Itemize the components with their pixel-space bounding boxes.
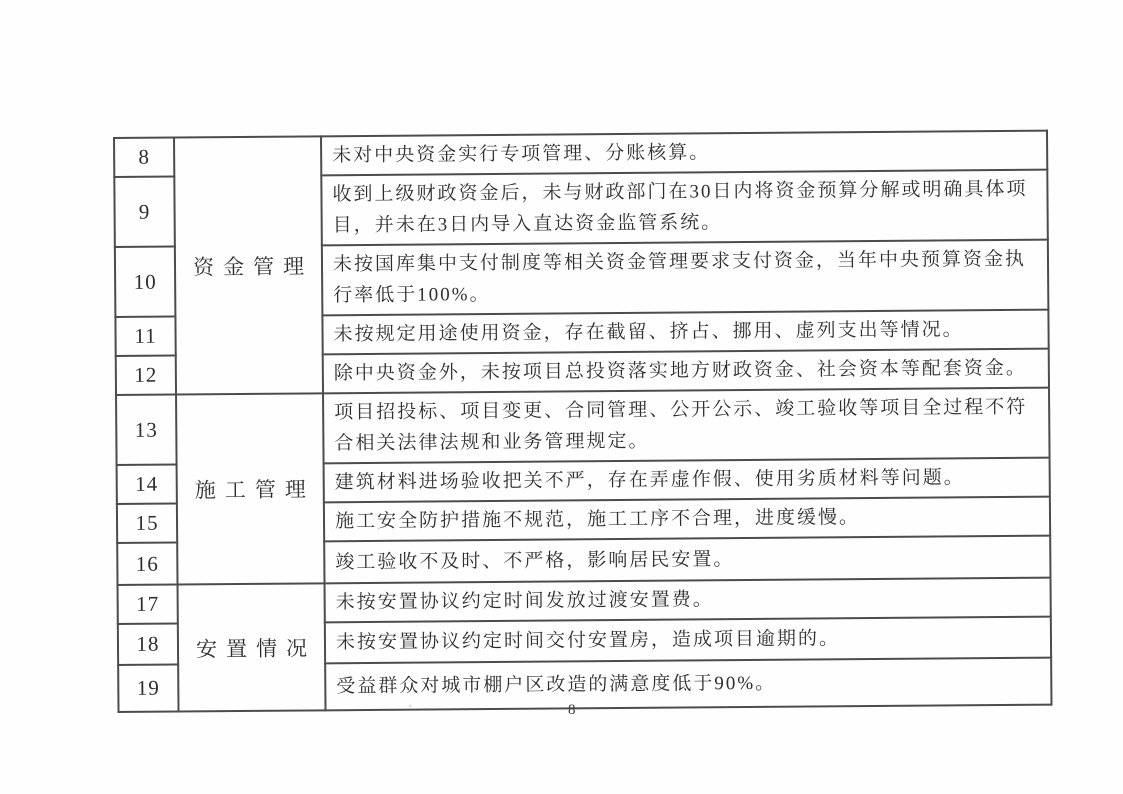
category-cell-construction-management: 施工管理 [176, 393, 324, 584]
issue-table-wrapper: 8 资金管理 未对中央资金实行专项管理、分账核算。 9 收到上级财政资金后，未与… [113, 130, 1052, 713]
category-cell-resettlement-status: 安置情况 [178, 583, 326, 711]
issue-text-cell: 施工安全防护措施不规范，施工工序不合理，进度缓慢。 [324, 497, 1050, 542]
issue-text-cell: 竣工验收不及时、不严格，影响居民安置。 [324, 536, 1050, 584]
issue-table: 8 资金管理 未对中央资金实行专项管理、分账核算。 9 收到上级财政资金后，未与… [113, 130, 1052, 713]
issue-text-cell: 项目招投标、项目变更、合同管理、公开公示、竣工验收等项目全过程不符合相关法律法规… [323, 388, 1050, 464]
table-row: 13 施工管理 项目招投标、项目变更、合同管理、公开公示、竣工验收等项目全过程不… [116, 388, 1050, 465]
row-number: 8 [114, 138, 174, 177]
row-number: 18 [118, 624, 178, 665]
issue-text-cell: 未按国库集中支付制度等相关资金管理要求支付资金，当年中央预算资金执行率低于100… [322, 240, 1049, 316]
row-number: 9 [114, 177, 175, 247]
scan-artifact-dot: · [408, 698, 412, 714]
issue-text-cell: 未按安置协议约定时间发放过渡安置费。 [325, 578, 1051, 623]
row-number: 14 [117, 465, 177, 504]
row-number: 15 [117, 504, 177, 543]
scanned-document-page: 8 资金管理 未对中央资金实行专项管理、分账核算。 9 收到上级财政资金后，未与… [0, 0, 1123, 794]
issue-text-cell: 除中央资金外，未按项目总投资落实地方财政资金、社会资本等配套资金。 [323, 349, 1049, 394]
row-number: 11 [115, 317, 175, 356]
row-number: 16 [117, 543, 177, 585]
page-number: 8 [568, 702, 576, 719]
issue-text-cell: 未按规定用途使用资金，存在截留、挤占、挪用、虚列支出等情况。 [322, 310, 1048, 355]
issue-text-cell: 未对中央资金实行专项管理、分账核算。 [321, 131, 1047, 176]
row-number: 12 [116, 356, 176, 395]
row-number: 10 [115, 247, 176, 317]
issue-text-cell: 收到上级财政资金后，未与财政部门在30日内将资金预算分解或明确具体项目，并未在3… [321, 170, 1048, 246]
row-number: 13 [116, 395, 177, 465]
issue-text-cell: 建筑材料进场验收把关不严，存在弄虚作假、使用劣质材料等问题。 [324, 458, 1050, 503]
row-number: 19 [118, 665, 178, 712]
issue-text-cell: 受益群众对城市棚户区改造的满意度低于90%。 [325, 658, 1051, 711]
issue-text-cell: 未按安置协议约定时间交付安置房，造成项目逾期的。 [325, 617, 1051, 664]
row-number: 17 [118, 585, 178, 624]
category-cell-funding-management: 资金管理 [174, 136, 323, 394]
